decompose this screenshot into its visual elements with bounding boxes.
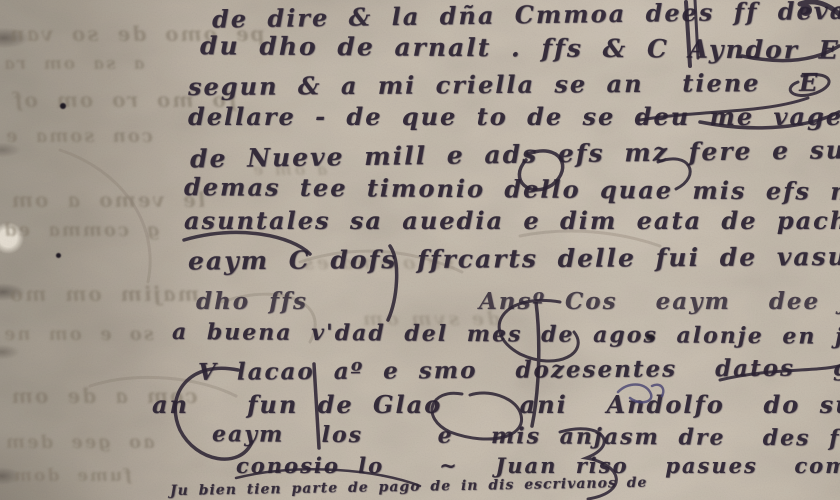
manuscript-line: conosio lo ~ Juan riso pasues com tree. …	[236, 453, 840, 478]
manuscript-line: de Nueve mill e ads efs mz fere e subee …	[190, 134, 840, 174]
manuscript-page: pe omo de so van a sa om ra fo mo ro om …	[0, 0, 840, 500]
ink-speck	[60, 103, 66, 109]
manuscript-line: demas tee timonio dello quae mis efs mig…	[184, 172, 840, 207]
manuscript-line: an fun de Glao ani Andolfo do su deto br…	[152, 390, 840, 419]
ink-speck	[56, 253, 61, 258]
ink-speck	[646, 334, 655, 341]
manuscript-line: V lacao aº e smo dozesentes datos gran m…	[198, 353, 840, 386]
manuscript-line: Ju bien tien parte de pago de in dis esc…	[170, 475, 648, 499]
ink-text-layer: de dire & la dña Cmmoa dees ff devaen du…	[0, 0, 840, 500]
manuscript-line: dellare - de que to de se deu me vager	[188, 102, 840, 131]
manuscript-line: a buena v'dad del mes de agos alonje en …	[172, 319, 840, 351]
manuscript-line: asuntales sa auedia e dim eata de pachas…	[184, 206, 840, 235]
manuscript-line: de dire & la dña Cmmoa dees ff devaen	[212, 0, 840, 34]
manuscript-line: dho ffs Ansº Cos eaym dee juica	[196, 288, 840, 315]
manuscript-line: du dho de arnalt . ffs & C Ayndor E mz f…	[200, 31, 840, 66]
manuscript-line: eaym C dofs ffrcarts delle fui de vasui …	[188, 241, 840, 275]
manuscript-line: segun & a mi criella se an tiene E	[188, 68, 820, 101]
manuscript-line: eaym los e mis anjasm dre des fraui de c…	[212, 421, 840, 453]
